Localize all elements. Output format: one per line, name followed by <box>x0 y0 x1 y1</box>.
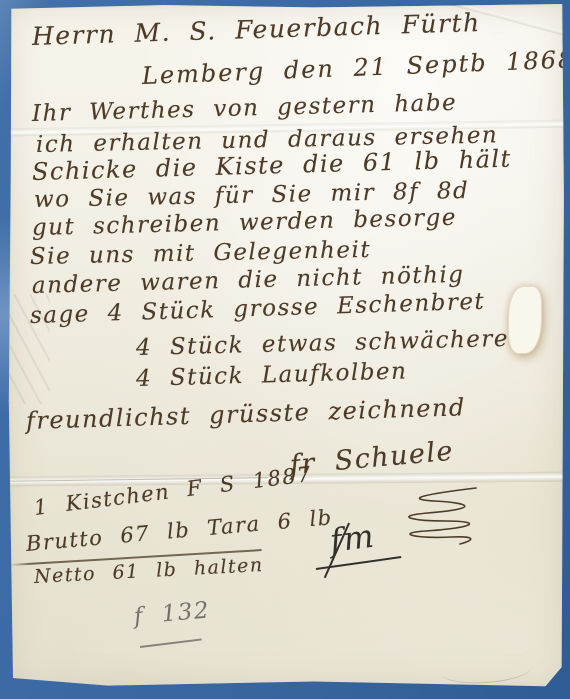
shipping-line-3: Netto 61 lb halten <box>33 554 264 588</box>
address-line: Herrn M. S. Feuerbach Fürth <box>32 8 481 51</box>
body-line-1: Ihr Werthes von gestern habe <box>32 90 458 127</box>
pencil-underline <box>140 638 202 647</box>
letter-paper: Herrn M. S. Feuerbach Fürth Lemberg den … <box>8 4 565 689</box>
bottom-right-curve-mark <box>439 653 533 686</box>
item-line-2: 4 Stück Laufkolben <box>136 358 408 392</box>
item-line-1: 4 Stück etwas schwächere <box>136 326 510 361</box>
letter-photo: Herrn M. S. Feuerbach Fürth Lemberg den … <box>0 0 570 699</box>
signature-flourish <box>384 484 480 550</box>
wax-stain <box>508 286 542 354</box>
pencil-mark: f 132 <box>133 597 211 630</box>
closing-line: freundlichst grüsste zeichnend <box>26 393 467 435</box>
signature: fr Schuele <box>289 436 456 481</box>
date-line: Lemberg den 21 Septb 1868 <box>141 45 570 90</box>
